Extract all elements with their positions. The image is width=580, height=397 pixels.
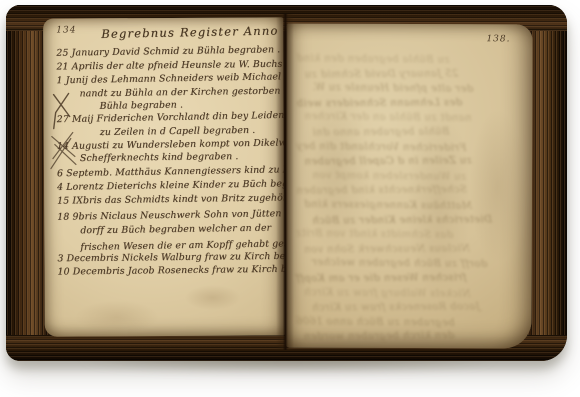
bleed-through-line: Dieterichs kleine Kinder zu Büch bbox=[312, 214, 492, 226]
entry-line: dorff zu Büch begraben welcher an der bbox=[80, 223, 271, 237]
entry-line: nandt zu Bühla an der Kirchen gestorben … bbox=[79, 85, 284, 99]
entry-line: 4 Lorentz Dieterichs kleine Kinder zu Bü… bbox=[57, 178, 285, 193]
bleed-through-line: das Schmidts kindt von Britz bbox=[296, 228, 453, 241]
bleed-through-line: Bühla begraben anno dni bbox=[312, 126, 449, 138]
entry-line: 25 January David Schmid zu Bühla begrabe… bbox=[56, 44, 280, 59]
entry-line: 21 Aprilis der alte pfneid Heunsle zu W.… bbox=[56, 58, 284, 72]
entry-line: 15 IXbris das Schmidts kindt von Britz z… bbox=[57, 192, 285, 206]
entry-line: 3 Decembris Nickels Walburg fraw zu Kirc… bbox=[57, 251, 284, 265]
photo-of-open-manuscript-book: 134 Begrebnus Register Anno 1606 . 25 Ja… bbox=[0, 0, 580, 397]
left-page: 134 Begrebnus Register Anno 1606 . 25 Ja… bbox=[43, 17, 285, 336]
bleed-through-line: Niclaus Neuschwerk Sohn von bbox=[304, 243, 470, 255]
bleed-through-line: zu Bühla begraben den kind bbox=[296, 53, 449, 66]
entry-line: 10 Decembris Jacob Rosenecks fraw zu Kir… bbox=[57, 263, 284, 277]
register-heading: Begrebnus Register Anno 1606 . bbox=[101, 23, 285, 41]
bleed-through-line: Nickels Walburg fraw zu Kirch bbox=[304, 287, 471, 300]
bleed-through-line: zu Wundersleben kompt von bbox=[312, 170, 466, 183]
entry-line: frischen Wesen die er am Kopff gehabt ge… bbox=[80, 238, 285, 253]
bleed-through-line: 25 January David Schmid zu bbox=[304, 68, 458, 80]
bleed-through-line: des Lehmann Schneiders weib bbox=[296, 97, 462, 109]
bleed-through-line: nandt zu Bühla an der Kirchen bbox=[304, 111, 471, 124]
bleed-through-line: frischen Wesen die er am Kopff bbox=[296, 272, 467, 284]
bleed-through-line: Friderichen Vorchlandt din bey bbox=[296, 141, 466, 154]
entry-line: 1 Junij des Lehmann Schneiders weib Mich… bbox=[56, 70, 284, 86]
x-scribble-mark-icon bbox=[49, 128, 79, 172]
entry-lines: 25 January David Schmid zu Bühla begrabe… bbox=[43, 17, 283, 18]
entry-line: Schefferknechts kind begraben . bbox=[80, 151, 239, 164]
right-page: 138. zu Bühla begraben den kind25 Januar… bbox=[285, 24, 532, 349]
right-page-number: 138. bbox=[486, 34, 510, 44]
entry-line: 18 9bris Niclaus Neuschwerk Sohn von Jüt… bbox=[57, 208, 281, 223]
bleed-through-line: dorff zu Büch begraben welcher bbox=[312, 257, 488, 270]
entry-line: Bühla begraben . bbox=[100, 99, 184, 111]
bleed-through-line: Jacob Rosenecks fraw zu Kirch bbox=[312, 302, 480, 314]
entry-line: 14 Augusti zu Wundersleben kompt von Dik… bbox=[57, 137, 285, 152]
entry-line: zu Zeilen in d Capell begraben . bbox=[100, 125, 256, 138]
bleed-through-line: den kirch begraben worden bbox=[303, 331, 454, 343]
bleed-through-lines: zu Bühla begraben den kind25 January Dav… bbox=[287, 24, 533, 25]
bleed-through-line: begraben zu Büch anno 1606 bbox=[295, 316, 454, 329]
bleed-through-line: der alte pfneid Heunsle zu W. bbox=[312, 82, 473, 95]
entry-line: 27 Maij Friderichen Vorchlandt din bey L… bbox=[57, 110, 285, 125]
bleed-through-line: zu Zeilen in d Capell begraben bbox=[304, 156, 472, 168]
x-mark-icon bbox=[50, 90, 76, 130]
bleed-through-line: Schefferknechts kind begraben bbox=[296, 185, 467, 197]
book-gutter bbox=[276, 14, 294, 350]
bleed-through-line: Matthäus Kannengiessers kind bbox=[304, 199, 472, 212]
left-page-number: 134 bbox=[56, 25, 76, 35]
entry-line: 6 Septemb. Matthäus Kannengiessers kind … bbox=[57, 163, 285, 179]
